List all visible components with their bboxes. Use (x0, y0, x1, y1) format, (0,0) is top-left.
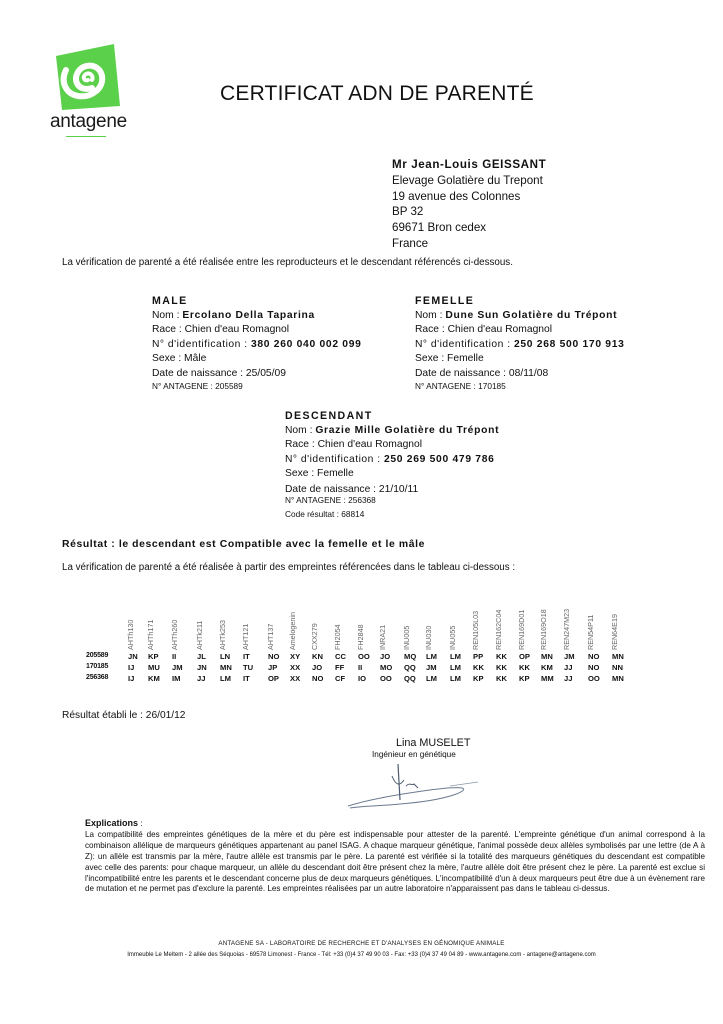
table-row: 170185IJMUJMJNMNTUJPXXJOFFIIMOQQJMLMKKKK… (0, 663, 723, 674)
genotype-table: 205589JNKPIIJLLNITNOXYKNCCOOJOMQLMLMPPKK… (0, 652, 723, 688)
marker-header: REN64E19 (610, 614, 619, 650)
allele-cell: KM (541, 663, 553, 672)
name-label: Nom : (415, 310, 445, 321)
female-heading: FEMELLE (415, 294, 625, 309)
marker-header: AHT137 (266, 624, 275, 650)
allele-cell: II (172, 652, 176, 661)
male-heading: MALE (152, 294, 362, 309)
sample-id: 205589 (86, 652, 108, 659)
marker-header: INU055 (448, 626, 457, 650)
id-label: N° d'identification : (285, 454, 384, 465)
marker-header: FH2848 (356, 624, 365, 650)
allele-cell: II (358, 663, 362, 672)
allele-cell: MU (148, 663, 160, 672)
logo-text-part2: gene (86, 111, 127, 132)
marker-header: REN169O18 (539, 609, 548, 650)
allele-cell: MQ (404, 652, 416, 661)
allele-cell: JL (197, 652, 206, 661)
male-block: MALE Nom : Ercolano Della Taparina Race … (152, 294, 362, 392)
sample-id: 256368 (86, 674, 108, 681)
descendant-race: Race : Chien d'eau Romagnol (285, 438, 499, 453)
recipient-line: 19 avenue des Colonnes (392, 189, 546, 205)
logo-underline (66, 136, 106, 137)
allele-cell: LM (426, 652, 437, 661)
logo-text-part1: anta (50, 111, 86, 132)
allele-cell: JM (564, 652, 575, 661)
allele-cell: KP (519, 674, 530, 683)
marker-header: Amelogenin (288, 612, 297, 650)
descendant-dob: Date de naissance : 21/10/11 (285, 484, 499, 495)
table-row: 205589JNKPIIJLLNITNOXYKNCCOOJOMQLMLMPPKK… (0, 652, 723, 663)
allele-cell: JN (197, 663, 207, 672)
male-id-line: N° d'identification : 380 260 040 002 09… (152, 338, 362, 353)
marker-header: AHTk211 (195, 621, 204, 650)
recipient-line: France (392, 236, 546, 252)
marker-header: AHTk253 (218, 620, 227, 650)
marker-header: AHTh130 (126, 620, 135, 650)
explanations: Explications : La compatibilité des empr… (85, 818, 705, 895)
allele-cell: KM (148, 674, 160, 683)
marker-header: REN169D01 (517, 610, 526, 650)
recipient-name: Mr Jean-Louis GEISSANT (392, 157, 546, 173)
allele-cell: OP (268, 674, 279, 683)
footer-contact: Immeuble Le Meltem - 2 allée des Séquoia… (0, 952, 723, 958)
allele-cell: KK (473, 663, 484, 672)
descendant-name-line: Nom : Grazie Mille Golatière du Trépont (285, 424, 499, 439)
recipient-line: Elevage Golatière du Trepont (392, 173, 546, 189)
allele-cell: MN (612, 674, 624, 683)
explanations-text: La compatibilité des empreintes génétiqu… (85, 830, 705, 894)
id-label: N° d'identification : (152, 339, 251, 350)
allele-cell: NN (612, 663, 623, 672)
allele-cell: KK (496, 663, 507, 672)
allele-cell: IT (243, 674, 250, 683)
allele-cell: MM (541, 674, 554, 683)
allele-cell: XX (290, 663, 300, 672)
allele-cell: MO (380, 663, 392, 672)
intro-text: La vérification de parenté a été réalisé… (62, 257, 513, 268)
signature-icon (340, 756, 480, 816)
female-id: 250 268 500 170 913 (514, 339, 625, 350)
descendant-id-line: N° d'identification : 250 269 500 479 78… (285, 453, 499, 468)
allele-cell: MN (220, 663, 232, 672)
allele-cell: LM (450, 663, 461, 672)
allele-cell: KK (496, 652, 507, 661)
descendant-sex: Sexe : Femelle (285, 467, 499, 482)
marker-header: REN54P11 (586, 615, 595, 650)
name-label: Nom : (152, 310, 182, 321)
allele-cell: MN (541, 652, 553, 661)
allele-cell: JJ (564, 663, 572, 672)
male-antagene-number: N° ANTAGENE : 205589 (152, 381, 362, 392)
allele-cell: CC (335, 652, 346, 661)
allele-cell: JJ (564, 674, 572, 683)
allele-cell: QQ (404, 674, 416, 683)
female-name-line: Nom : Dune Sun Golatière du Trépont (415, 309, 625, 324)
female-dob: Date de naissance : 08/11/08 (415, 367, 625, 382)
male-dob: Date de naissance : 25/05/09 (152, 367, 362, 382)
allele-cell: NO (588, 663, 599, 672)
allele-cell: XX (290, 674, 300, 683)
allele-cell: XY (290, 652, 300, 661)
allele-cell: NO (312, 674, 323, 683)
allele-cell: IJ (128, 663, 134, 672)
allele-cell: NO (268, 652, 279, 661)
marker-header: INU005 (402, 626, 411, 650)
footer-company: ANTAGENE SA - LABORATOIRE DE RECHERCHE E… (0, 940, 723, 947)
allele-cell: QQ (404, 663, 416, 672)
antagene-logo-icon (52, 44, 122, 114)
allele-cell: KP (148, 652, 159, 661)
marker-header: INRA21 (378, 625, 387, 650)
recipient-line: 69671 Bron cedex (392, 220, 546, 236)
marker-header: INU030 (424, 626, 433, 650)
recipient-address: Mr Jean-Louis GEISSANT Elevage Golatière… (392, 157, 546, 252)
explanations-heading-suffix: : (138, 819, 143, 828)
allele-cell: LN (220, 652, 230, 661)
allele-cell: LM (450, 652, 461, 661)
signer-name: Lina MUSELET (396, 737, 470, 749)
logo-wordmark: antagene (50, 111, 127, 133)
allele-cell: TU (243, 663, 253, 672)
marker-headers: AHTh130AHTh171AHTh260AHTk211AHTk253AHT12… (0, 600, 723, 650)
descendant-id: 250 269 500 479 786 (384, 454, 495, 465)
allele-cell: KK (496, 674, 507, 683)
female-antagene-number: N° ANTAGENE : 170185 (415, 381, 625, 392)
allele-cell: OO (358, 652, 370, 661)
allele-cell: FF (335, 663, 344, 672)
male-race: Race : Chien d'eau Romagnol (152, 323, 362, 338)
allele-cell: OO (588, 674, 600, 683)
allele-cell: KK (519, 663, 530, 672)
marker-header: CXX279 (310, 623, 319, 650)
allele-cell: KP (473, 674, 484, 683)
id-label: N° d'identification : (415, 339, 514, 350)
result-date: Résultat établi le : 26/01/12 (62, 710, 185, 721)
allele-cell: MN (612, 652, 624, 661)
female-race: Race : Chien d'eau Romagnol (415, 323, 625, 338)
allele-cell: OP (519, 652, 530, 661)
allele-cell: CF (335, 674, 345, 683)
allele-cell: JO (380, 652, 390, 661)
allele-cell: JM (426, 663, 437, 672)
male-sex: Sexe : Mâle (152, 352, 362, 367)
result-code: Code résultat : 68814 (285, 509, 499, 520)
descendant-block: DESCENDANT Nom : Grazie Mille Golatière … (285, 409, 499, 520)
marker-header: AHTh260 (170, 620, 179, 650)
sample-id: 170185 (86, 663, 108, 670)
allele-cell: LM (450, 674, 461, 683)
marker-header: FH2054 (333, 624, 342, 650)
allele-cell: JJ (197, 674, 205, 683)
allele-cell: JN (128, 652, 138, 661)
male-name: Ercolano Della Taparina (182, 310, 315, 321)
allele-cell: KN (312, 652, 323, 661)
marker-header: AHTh171 (146, 620, 155, 650)
allele-cell: PP (473, 652, 483, 661)
table-row: 256368IJKMIMJJLMITOPXXNOCFIOOOQQLMLMKPKK… (0, 674, 723, 685)
allele-cell: JP (268, 663, 277, 672)
allele-cell: IM (172, 674, 180, 683)
marker-header: REN105L03 (471, 611, 480, 650)
allele-cell: OO (380, 674, 392, 683)
recipient-line: BP 32 (392, 204, 546, 220)
allele-cell: JO (312, 663, 322, 672)
male-id: 380 260 040 002 099 (251, 339, 362, 350)
marker-header: AHT121 (241, 624, 250, 650)
allele-cell: NO (588, 652, 599, 661)
female-block: FEMELLE Nom : Dune Sun Golatière du Trép… (415, 294, 625, 392)
female-sex: Sexe : Femelle (415, 352, 625, 367)
allele-cell: JM (172, 663, 183, 672)
allele-cell: IJ (128, 674, 134, 683)
name-label: Nom : (285, 425, 315, 436)
allele-cell: LM (426, 674, 437, 683)
descendant-name: Grazie Mille Golatière du Trépont (315, 425, 499, 436)
allele-cell: IO (358, 674, 366, 683)
female-name: Dune Sun Golatière du Trépont (445, 310, 617, 321)
marker-header: REN162C04 (494, 610, 503, 650)
female-id-line: N° d'identification : 250 268 500 170 91… (415, 338, 625, 353)
result-statement: Résultat : le descendant est Compatible … (62, 539, 425, 550)
allele-cell: LM (220, 674, 231, 683)
explanations-heading: Explications (85, 818, 138, 828)
page-title: CERTIFICAT ADN DE PARENTÉ (220, 82, 534, 106)
descendant-heading: DESCENDANT (285, 409, 499, 424)
verification-text: La vérification de parenté a été réalisé… (62, 562, 515, 573)
male-name-line: Nom : Ercolano Della Taparina (152, 309, 362, 324)
descendant-antagene-number: N° ANTAGENE : 256368 (285, 495, 499, 506)
allele-cell: IT (243, 652, 250, 661)
marker-header: REN247M23 (562, 609, 571, 650)
